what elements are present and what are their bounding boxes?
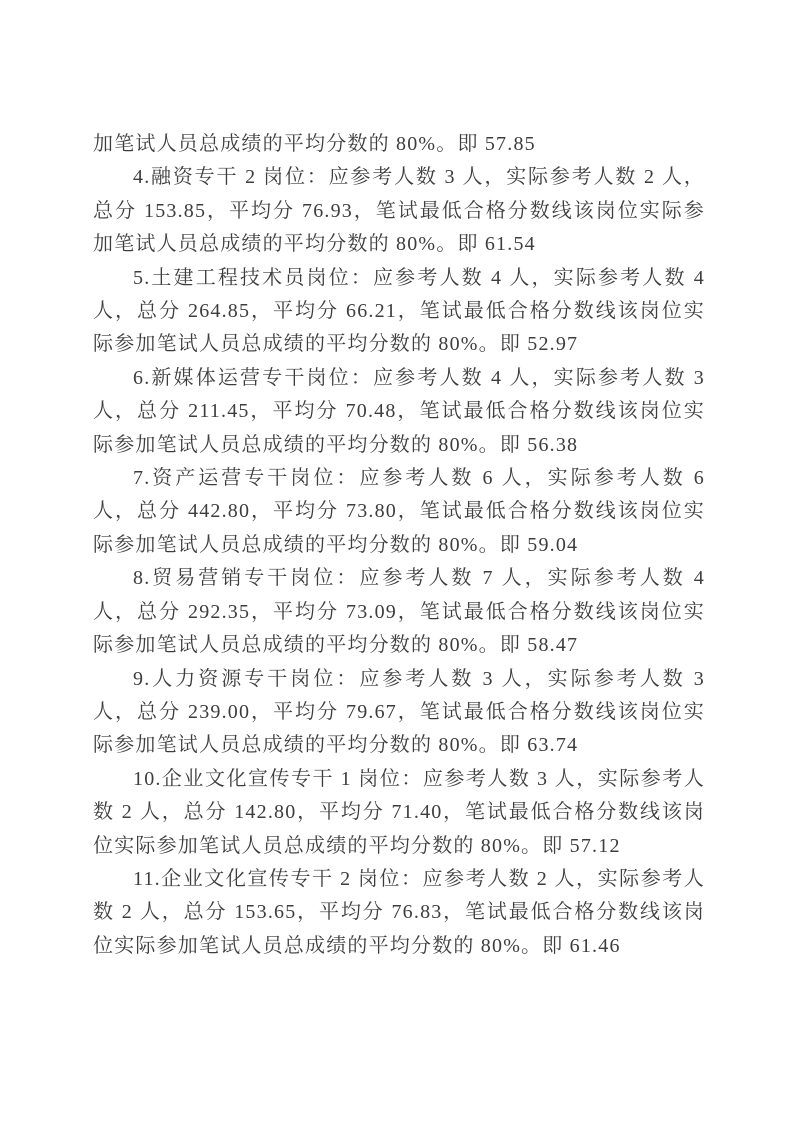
paragraph-item-6: 6.新媒体运营专干岗位：应参考人数 4 人，实际参考人数 3 人，总分 211.… — [93, 362, 705, 462]
document-text-block: 加笔试人员总成绩的平均分数的 80%。即 57.85 4.融资专干 2 岗位：应… — [93, 128, 705, 963]
paragraph-continuation-tail: 加笔试人员总成绩的平均分数的 80%。即 57.85 — [93, 128, 705, 161]
paragraph-item-10: 10.企业文化宣传专干 1 岗位：应参考人数 3 人，实际参考人数 2 人，总分… — [93, 763, 705, 863]
paragraph-item-8: 8.贸易营销专干岗位：应参考人数 7 人，实际参考人数 4 人，总分 292.3… — [93, 562, 705, 662]
document-page: 加笔试人员总成绩的平均分数的 80%。即 57.85 4.融资专干 2 岗位：应… — [0, 0, 793, 1121]
paragraph-item-5: 5.土建工程技术员岗位：应参考人数 4 人，实际参考人数 4 人，总分 264.… — [93, 262, 705, 362]
paragraph-item-4: 4.融资专干 2 岗位：应参考人数 3 人，实际参考人数 2 人，总分 153.… — [93, 161, 705, 261]
paragraph-item-11: 11.企业文化宣传专干 2 岗位：应参考人数 2 人，实际参考人数 2 人，总分… — [93, 863, 705, 963]
paragraph-item-9: 9.人力资源专干岗位：应参考人数 3 人，实际参考人数 3 人，总分 239.0… — [93, 663, 705, 763]
paragraph-item-7: 7.资产运营专干岗位：应参考人数 6 人，实际参考人数 6 人，总分 442.8… — [93, 462, 705, 562]
